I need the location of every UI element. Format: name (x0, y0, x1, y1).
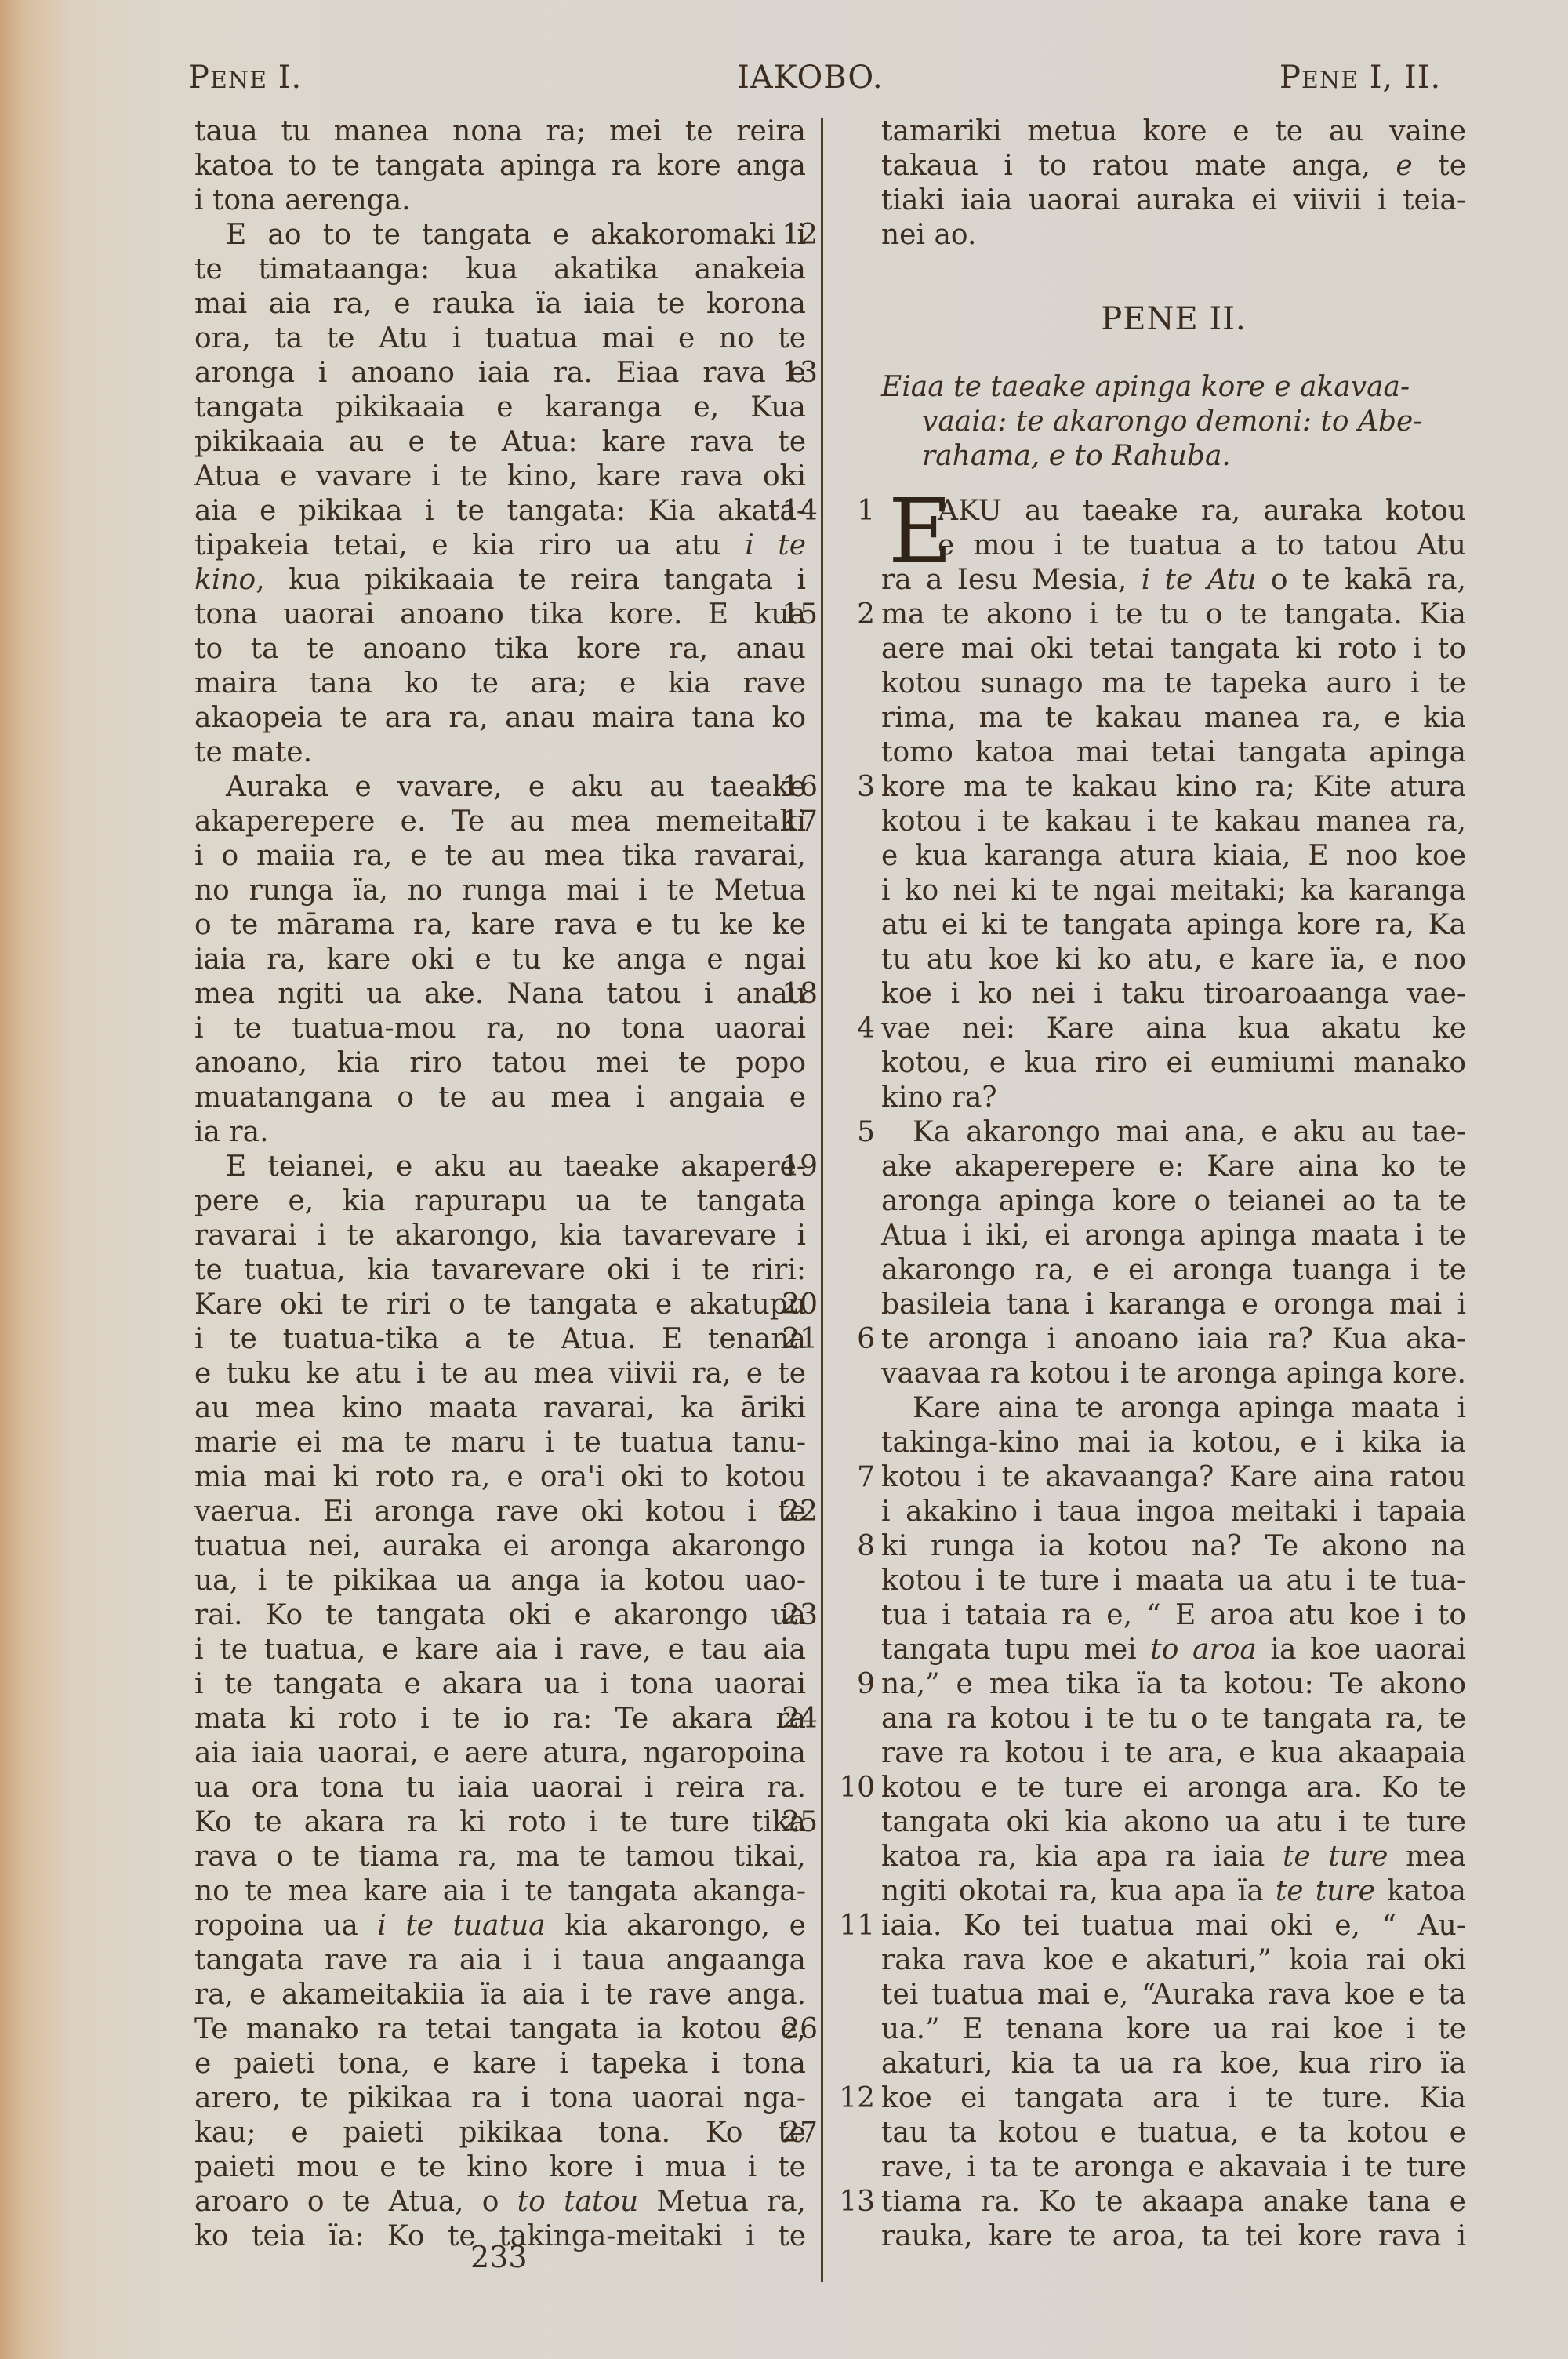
verse-number: 23 (771, 1598, 818, 1633)
verse-number: 13 (831, 2185, 875, 2219)
text-line: tuatua nei, auraka ei aronga akarongo (194, 1529, 806, 1564)
text-line: i tona aerenga. (194, 184, 806, 218)
verse-number: 9 (831, 1667, 875, 1702)
text-line: vae nei: Kare aina kua akatu ke (881, 1012, 1466, 1046)
text-line: te tuatua, kia tavarevare oki i te riri: (194, 1253, 806, 1288)
text-line: na,” e mea tika ïa ta kotou: Te akono (881, 1667, 1466, 1702)
text-line: i te tuatua-tika a te Atua. E tenana (194, 1322, 806, 1357)
verse-number: 12 (771, 218, 818, 253)
text-line: tangata pikikaaia e karanga e, Kua (194, 391, 806, 425)
text-line: takaua i to ratou mate anga, e te (881, 149, 1466, 184)
text-line: tei tuatua mai e, “Auraka rava koe e ta (881, 1978, 1466, 2012)
text-line: ropoina ua i te tuatua kia akarongo, e (194, 1909, 806, 1943)
text-line: nei ao. (881, 218, 1466, 253)
italic-supplied-word: i te (745, 529, 806, 562)
text-line: rauka, kare te aroa, ta tei kore rava i (881, 2219, 1466, 2254)
italic-supplied-word: te ture (1276, 1875, 1375, 1907)
text-line: rave ra kotou i te ara, e kua akaapaia (881, 1736, 1466, 1771)
text-line: Te manako ra tetai tangata ia kotou e, (194, 2012, 806, 2047)
text-line: i te tangata e akara ua i tona uaorai (194, 1667, 806, 1702)
book-page: PENE I. IAKOBO. PENE I, II. taua tu mane… (0, 0, 1568, 2359)
text-line: iaia. Ko tei tuatua mai oki e, “ Au- (881, 1909, 1466, 1943)
page-number: 233 (470, 2240, 528, 2274)
verse-number: 1 (831, 494, 875, 529)
text-line: tangata rave ra aia i i taua angaanga (194, 1943, 806, 1978)
text-line: tipakeia tetai, e kia riro ua atu i te (194, 529, 806, 563)
text-line: koe ei tangata ara i te ture. Kia (881, 2081, 1466, 2116)
text-line: arero, te pikikaa ra i tona uaorai nga- (194, 2081, 806, 2116)
verse-number: 6 (831, 1322, 875, 1357)
text-line: marie ei ma te maru i te tuatua tanu- (194, 1426, 806, 1460)
italic-supplied-word: kino (194, 564, 256, 596)
text-line: te mate. (194, 736, 806, 770)
text-line: e tuku ke atu i te au mea viivii ra, e t… (194, 1357, 806, 1391)
text-line: mia mai ki roto ra, e ora'i oki to kotou (194, 1460, 806, 1495)
text-line: ma te akono i te tu o te tangata. Kia (881, 598, 1466, 632)
text-line: o te mārama ra, kare rava e tu ke ke (194, 908, 806, 943)
column-divider (821, 118, 823, 2282)
italic-supplied-word: i te Atu (1142, 564, 1257, 596)
running-head-left: PENE I. (188, 60, 302, 96)
text-line: tona uaorai anoano tika kore. E kua (194, 598, 806, 632)
verse-number: 13 (771, 356, 818, 391)
text-line: ngiti okotai ra, kua apa ïa te ture kato… (881, 1874, 1466, 1909)
text-line: AKU au taeake ra, auraka kotou (938, 494, 1466, 529)
text-line: au mea kino maata ravarai, ka āriki (194, 1391, 806, 1426)
text-line: anoano, kia riro tatou mei te popo (194, 1046, 806, 1081)
verse-number: 2 (831, 598, 875, 632)
text-line: Ka akarongo mai ana, e aku au tae- (881, 1115, 1466, 1150)
text-line: aere mai oki tetai tangata ki roto i to (881, 632, 1466, 667)
text-line: e mou i te tuatua a to tatou Atu (938, 529, 1466, 563)
text-line: Auraka e vavare, e aku au taeake (194, 770, 806, 805)
text-line: ravarai i te akarongo, kia tavarevare i (194, 1219, 806, 1253)
verse-number: 15 (771, 598, 818, 632)
text-line: pere e, kia rapurapu ua te tangata (194, 1184, 806, 1219)
italic-supplied-word: te ture (1283, 1841, 1388, 1873)
text-line: basileia tana i karanga e oronga mai i (881, 1288, 1466, 1322)
verse-number: 11 (831, 1909, 875, 1943)
text-line: i ko nei ki te ngai meitaki; ka karanga (881, 874, 1466, 908)
text-line: kore ma te kakau kino ra; Kite atura (881, 770, 1466, 805)
text-line: raka rava koe e akaturi,” koia rai oki (881, 1943, 1466, 1978)
verse-number: 22 (771, 1495, 818, 1529)
text-line: no runga ïa, no runga mai i te Metua (194, 874, 806, 908)
text-line: tiama ra. Ko te akaapa anake tana e (881, 2185, 1466, 2219)
text-line: Kare oki te riri o te tangata e akatupu (194, 1288, 806, 1322)
text-line: iaia ra, kare oki e tu ke anga e ngai (194, 943, 806, 977)
text-line: kotou e te ture ei aronga ara. Ko te (881, 1771, 1466, 1805)
text-line: E teianei, e aku au taeake akapere- (194, 1150, 806, 1184)
text-line: maira tana ko te ara; e kia rave (194, 667, 806, 701)
verse-number: 26 (771, 2012, 818, 2047)
text-line: mata ki roto i te io ra: Te akara ra (194, 1702, 806, 1736)
text-line: paieti mou e te kino kore i mua i te (194, 2150, 806, 2185)
text-line: akaopeia te ara ra, anau maira tana ko (194, 701, 806, 736)
verse-number: 5 (831, 1115, 875, 1150)
text-line: Ko te akara ra ki roto i te ture tika (194, 1805, 806, 1840)
text-line: mea ngiti ua ake. Nana tatou i anau (194, 977, 806, 1012)
text-line: e paieti tona, e kare i tapeka i tona (194, 2047, 806, 2081)
text-line: te timataanga: kua akatika anakeia (194, 253, 806, 287)
text-line: aia e pikikaa i te tangata: Kia akata- (194, 494, 806, 529)
text-line: aia iaia uaorai, e aere atura, ngaropoin… (194, 1736, 806, 1771)
verse-number: 25 (771, 1805, 818, 1840)
text-line: katoa to te tangata apinga ra kore anga (194, 149, 806, 184)
text-line: i akakino i taua ingoa meitaki i tapaia (881, 1495, 1466, 1529)
verse-number: 3 (831, 770, 875, 805)
text-line: pikikaaia au e te Atua: kare rava te (194, 425, 806, 460)
text-line: kino ra? (881, 1081, 1466, 1115)
text-line: takinga-kino mai ia kotou, e i kika ia (881, 1426, 1466, 1460)
italic-supplied-word: to aroa (1150, 1634, 1257, 1666)
text-line: tangata oki kia akono ua atu i te ture (881, 1805, 1466, 1840)
text-line: vaavaa ra kotou i te aronga apinga kore. (881, 1357, 1466, 1391)
verse-number: 8 (831, 1529, 875, 1564)
verse-number: 4 (831, 1012, 875, 1046)
text-line: rava o te tiama ra, ma te tamou tikai, (194, 1840, 806, 1874)
text-line: taua tu manea nona ra; mei te reira (194, 114, 806, 149)
text-line: atu ei ki te tangata apinga kore ra, Ka (881, 908, 1466, 943)
text-line: i te tuatua-mou ra, no tona uaorai (194, 1012, 806, 1046)
text-line: koe i ko nei i taku tiroaroaanga vae- (881, 977, 1466, 1012)
text-line: ora, ta te Atu i tuatua mai e no te (194, 322, 806, 356)
text-line: ki runga ia kotou na? Te akono na (881, 1529, 1466, 1564)
text-line: ua, i te pikikaa ua anga ia kotou uao- (194, 1564, 806, 1598)
text-line: te aronga i anoano iaia ra? Kua aka- (881, 1322, 1466, 1357)
text-line: tangata tupu mei to aroa ia koe uaorai (881, 1633, 1466, 1667)
text-line: kino, kua pikikaaia te reira tangata i (194, 563, 806, 598)
text-line: ra, e akameitakiia ïa aia i te rave anga… (194, 1978, 806, 2012)
verse-number: 20 (771, 1288, 818, 1322)
text-line: ua ora tona tu iaia uaorai i reira ra. (194, 1771, 806, 1805)
text-line: vaerua. Ei aronga rave oki kotou i te (194, 1495, 806, 1529)
verse-number: 12 (831, 2081, 875, 2116)
text-line: ana ra kotou i te tu o te tangata ra, te (881, 1702, 1466, 1736)
verse-number: 27 (771, 2116, 818, 2150)
text-line: akaperepere e. Te au mea memeitaki (194, 805, 806, 839)
text-line: tu atu koe ki ko atu, e kare ïa, e noo (881, 943, 1466, 977)
text-line: kotou, e kua riro ei eumiumi manako (881, 1046, 1466, 1081)
text-line: kotou i te kakau i te kakau manea ra, (881, 805, 1466, 839)
text-line: akarongo ra, e ei aronga tuanga i te (881, 1253, 1466, 1288)
text-line: aroaro o te Atua, o to tatou Metua ra, (194, 2185, 806, 2219)
text-line: tamariki metua kore e te au vaine (881, 114, 1466, 149)
text-line: E ao to te tangata e akakoromaki i (194, 218, 806, 253)
text-line: Atua i iki, ei aronga apinga maata i te (881, 1219, 1466, 1253)
verse-number: 19 (771, 1150, 818, 1184)
verse-number: 16 (771, 770, 818, 805)
text-line: tiaki iaia uaorai auraka ei viivii i tei… (881, 184, 1466, 218)
verse-number: 24 (771, 1702, 818, 1736)
text-line: mai aia ra, e rauka ïa iaia te korona (194, 287, 806, 322)
text-line: to ta te anoano tika kore ra, anau (194, 632, 806, 667)
chapter-summary-line: rahama, e to Rahuba. (922, 439, 1231, 474)
verse-number: 18 (771, 977, 818, 1012)
chapter-summary-line: Eiaa te taeake apinga kore e akavaa- (881, 370, 1410, 405)
italic-supplied-word: to tatou (517, 2186, 639, 2218)
text-line: kotou sunago ma te tapeka auro i te (881, 667, 1466, 701)
text-line: i te tuatua, e kare aia i rave, e tau ai… (194, 1633, 806, 1667)
running-head-right: PENE I, II. (1279, 60, 1441, 96)
chapter-summary-line: vaaia: te akarongo demoni: to Abe- (922, 405, 1423, 439)
text-line: kau; e paieti pikikaa tona. Ko te (194, 2116, 806, 2150)
text-line: ra a Iesu Mesia, i te Atu o te kakā ra, (881, 563, 1466, 598)
text-line: tomo katoa mai tetai tangata apinga (881, 736, 1466, 770)
italic-supplied-word: i te tuatua (377, 1910, 545, 1942)
verse-number: 7 (831, 1460, 875, 1495)
text-line: kotou i te akavaanga? Kare aina ratou (881, 1460, 1466, 1495)
text-line: ua.” E tenana kore ua rai koe i te (881, 2012, 1466, 2047)
text-line: e kua karanga atura kiaia, E noo koe (881, 839, 1466, 874)
text-line: aronga apinga kore o teianei ao ta te (881, 1184, 1466, 1219)
verse-number: 14 (771, 494, 818, 529)
text-line: tau ta kotou e tuatua, e ta kotou e (881, 2116, 1466, 2150)
verse-number: 10 (831, 1771, 875, 1805)
text-line: rave, i ta te aronga e akavaia i te ture (881, 2150, 1466, 2185)
text-line: akaturi, kia ta ua ra koe, kua riro ïa (881, 2047, 1466, 2081)
italic-supplied-word: e (1396, 150, 1412, 182)
running-head-title: IAKOBO. (737, 60, 884, 96)
text-line: i o maiia ra, e te au mea tika ravarai, (194, 839, 806, 874)
text-line: ia ra. (194, 1115, 806, 1150)
text-line: tua i tataia ra e, “ E aroa atu koe i to (881, 1598, 1466, 1633)
text-line: katoa ra, kia apa ra iaia te ture mea (881, 1840, 1466, 1874)
chapter-title: PENE II. (881, 301, 1466, 337)
text-line: Kare aina te aronga apinga maata i (881, 1391, 1466, 1426)
text-line: no te mea kare aia i te tangata akanga- (194, 1874, 806, 1909)
text-line: Atua e vavare i te kino, kare rava oki (194, 460, 806, 494)
text-line: ake akaperepere e: Kare aina ko te (881, 1150, 1466, 1184)
text-line: rai. Ko te tangata oki e akarongo ua (194, 1598, 806, 1633)
text-line: kotou i te ture i maata ua atu i te tua- (881, 1564, 1466, 1598)
text-line: aronga i anoano iaia ra. Eiaa rava e (194, 356, 806, 391)
text-line: muatangana o te au mea i angaia e (194, 1081, 806, 1115)
verse-number: 17 (771, 805, 818, 839)
verse-number: 21 (771, 1322, 818, 1357)
text-line: rima, ma te kakau manea ra, e kia (881, 701, 1466, 736)
